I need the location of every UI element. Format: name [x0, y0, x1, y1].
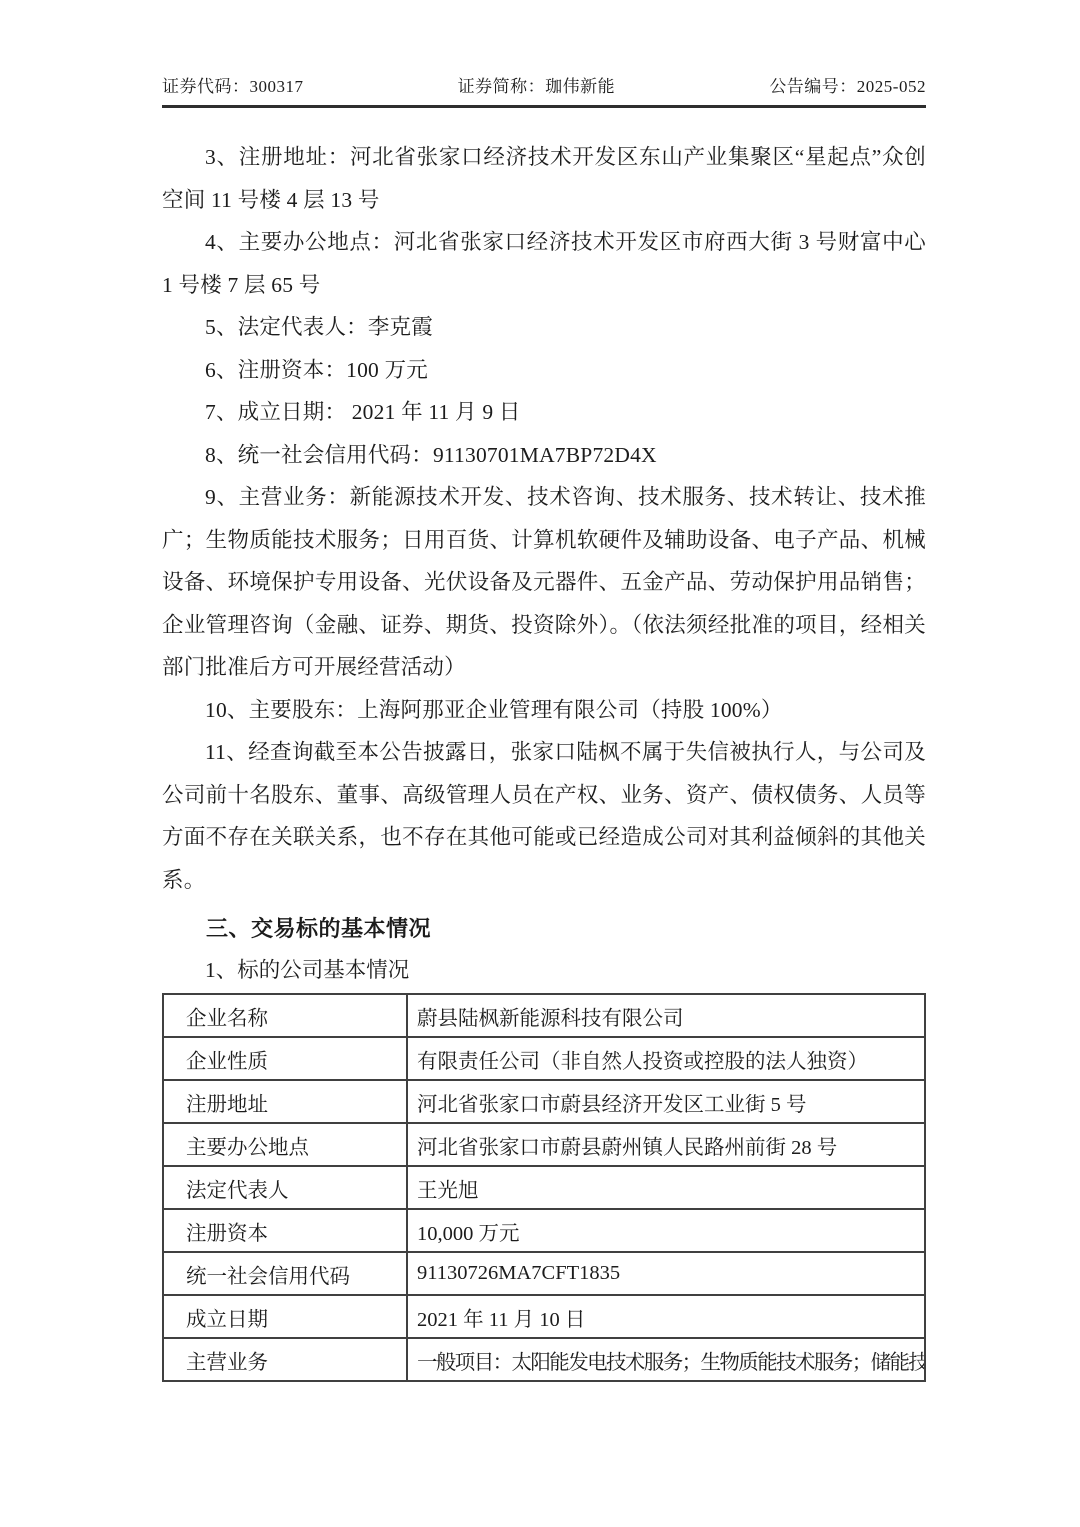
paragraph-item-8: 8、统一社会信用代码：91130701MA7BP72D4X: [162, 434, 926, 477]
section-heading: 三、交易标的基本情况: [162, 907, 926, 951]
row-value: 2021 年 11 月 10 日: [407, 1295, 925, 1338]
stock-code: 证券代码：300317: [162, 76, 304, 98]
row-value: 蔚县陆枫新能源科技有限公司: [407, 994, 925, 1037]
table-row: 统一社会信用代码 91130726MA7CFT1835: [163, 1252, 925, 1295]
row-label: 统一社会信用代码: [163, 1252, 407, 1295]
row-value: 10,000 万元: [407, 1209, 925, 1252]
table-row: 企业性质 有限责任公司（非自然人投资或控股的法人独资）: [163, 1037, 925, 1080]
paragraph-item-10: 10、主要股东：上海阿那亚企业管理有限公司（持股 100%）: [162, 689, 926, 732]
row-value: 有限责任公司（非自然人投资或控股的法人独资）: [407, 1037, 925, 1080]
table-row: 法定代表人 王光旭: [163, 1166, 925, 1209]
table-row: 成立日期 2021 年 11 月 10 日: [163, 1295, 925, 1338]
document-content: 证券代码：300317 证券简称：珈伟新能 公告编号：2025-052 3、注册…: [162, 0, 926, 1382]
row-label: 成立日期: [163, 1295, 407, 1338]
table-row: 主营业务 一般项目：太阳能发电技术服务；生物质能技术服务；储能技术: [163, 1338, 925, 1381]
row-label: 企业名称: [163, 994, 407, 1037]
paragraph-item-7: 7、成立日期： 2021 年 11 月 9 日: [162, 391, 926, 434]
paragraph-item-11: 11、经查询截至本公告披露日，张家口陆枫不属于失信被执行人，与公司及公司前十名股…: [162, 731, 926, 901]
document-page: 证券代码：300317 证券简称：珈伟新能 公告编号：2025-052 3、注册…: [0, 0, 1080, 1527]
document-body: 3、注册地址：河北省张家口经济技术开发区东山产业集聚区“星起点”众创空间 11 …: [162, 136, 926, 1382]
paragraph-item-6: 6、注册资本：100 万元: [162, 349, 926, 392]
row-value: 一般项目：太阳能发电技术服务；生物质能技术服务；储能技术: [407, 1338, 925, 1381]
row-value: 91130726MA7CFT1835: [407, 1252, 925, 1295]
paragraph-item-9: 9、主营业务：新能源技术开发、技术咨询、技术服务、技术转让、技术推广；生物质能技…: [162, 476, 926, 689]
row-value: 河北省张家口市蔚县蔚州镇人民路州前街 28 号: [407, 1123, 925, 1166]
company-info-table: 企业名称 蔚县陆枫新能源科技有限公司 企业性质 有限责任公司（非自然人投资或控股…: [162, 993, 926, 1382]
table-row: 注册资本 10,000 万元: [163, 1209, 925, 1252]
row-label: 企业性质: [163, 1037, 407, 1080]
row-label: 注册资本: [163, 1209, 407, 1252]
paragraph-item-5: 5、法定代表人：李克霞: [162, 306, 926, 349]
sub-heading: 1、标的公司基本情况: [162, 951, 926, 989]
row-value: 河北省张家口市蔚县经济开发区工业街 5 号: [407, 1080, 925, 1123]
page-header: 证券代码：300317 证券简称：珈伟新能 公告编号：2025-052: [162, 76, 926, 108]
row-value: 王光旭: [407, 1166, 925, 1209]
table-row: 企业名称 蔚县陆枫新能源科技有限公司: [163, 994, 925, 1037]
table-row: 主要办公地点 河北省张家口市蔚县蔚州镇人民路州前街 28 号: [163, 1123, 925, 1166]
row-label: 注册地址: [163, 1080, 407, 1123]
paragraph-item-4: 4、主要办公地点：河北省张家口经济技术开发区市府西大街 3 号财富中心 1 号楼…: [162, 221, 926, 306]
row-label: 法定代表人: [163, 1166, 407, 1209]
table-row: 注册地址 河北省张家口市蔚县经济开发区工业街 5 号: [163, 1080, 925, 1123]
announcement-number: 公告编号：2025-052: [769, 76, 926, 98]
paragraph-item-3: 3、注册地址：河北省张家口经济技术开发区东山产业集聚区“星起点”众创空间 11 …: [162, 136, 926, 221]
stock-name: 证券简称：珈伟新能: [458, 76, 616, 98]
row-label: 主营业务: [163, 1338, 407, 1381]
row-label: 主要办公地点: [163, 1123, 407, 1166]
